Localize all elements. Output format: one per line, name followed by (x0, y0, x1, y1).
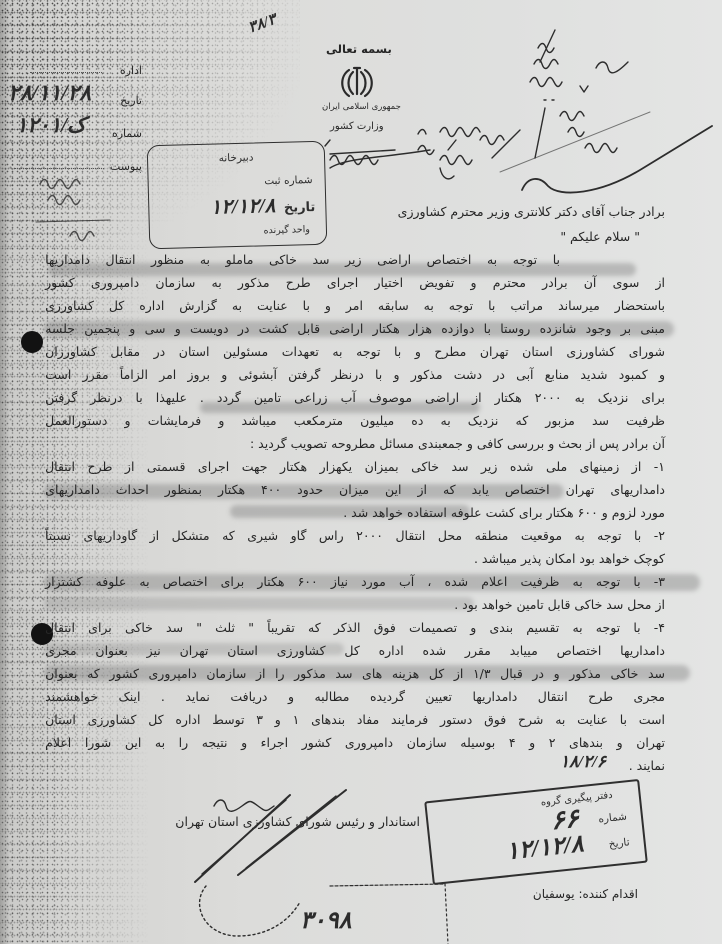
body-line: ظرفیتسدمزبورکهنزدیکبهدهمیلیونمترمکعبمیبا… (45, 411, 665, 431)
body-line: نمایند . (629, 756, 665, 776)
body-line: ۴-باتوجهبهتقسیمبندیوتصمیماتفوقالذکرکهتقر… (45, 618, 665, 638)
body-line: مجریطرحانتقالدامداریهاتعیینگردیدهمطالبهو… (45, 687, 665, 707)
toner-streak (44, 597, 474, 610)
ministry-name: وزارت کشور (330, 121, 384, 132)
stamp-number-label: شماره ثبت (264, 174, 313, 187)
registration-stamp: دبیرخانه شماره ثبت تاریخ ۱۲/۱۲/۸ واحد گی… (147, 141, 328, 250)
punch-hole (21, 331, 43, 353)
body-line: ۳-باتوجهبهظرفیتاعلامشده،آبموردنیاز۶۰۰هکت… (45, 572, 665, 592)
body-line: باتوجهبهاختصاصاراضیزیرسدخاکیماملوبهمنظور… (45, 250, 560, 270)
stamp-date-value: ۱۲/۱۲/۸ (505, 829, 585, 866)
body-line: سدخاکیمذکورودرقبال۱/۳ازکلهزینههایسدمذکور… (45, 664, 665, 684)
handwritten-closing-date: ۱۸/۲/۶ (560, 752, 606, 772)
office-label: اداره (120, 64, 142, 77)
body-line: براینزدیکبه۲۰۰۰هکتارازاراضیموصوفآبزراعیت… (45, 388, 665, 408)
number-value: ۱۲۰۱/ک (16, 113, 86, 138)
signatory-title: استاندار و رئیس شورای کشاورزی استان تهرا… (175, 812, 420, 832)
body-line: مورد لزوم و ۶۰۰ هکتار برای کشت علوفه است… (343, 503, 665, 523)
body-line: ۲-باتوجهبهموقعیتمنطقهمحلانتقال۲۰۰۰راسگاو… (45, 526, 665, 546)
greeting: " سلام علیکم " (560, 227, 640, 247)
body-line: ازسویآنبرادرمحترموتفویضاختیاراجرایطرحمذک… (45, 273, 665, 293)
date-value: ۲۸/۱۱/۲۸ (8, 80, 91, 106)
body-line: از محل سد خاکی قابل تامین خواهد بود . (454, 595, 665, 615)
handwritten-reference-number: ۳۰۹۸ (300, 906, 352, 935)
addressee: برادر جناب آقای دکتر کلانتری وزیر محترم … (398, 202, 665, 222)
country-name: جمهوری اسلامی ایران (322, 102, 401, 112)
office-stamp: دفتر پیگیری گروه شماره ۶۶ تاریخ ۱۲/۱۲/۸ (424, 779, 648, 885)
stamp-number-label: شماره (598, 810, 628, 825)
body-line: مبنیبروجودشانزدهروستابادوازدههزارهکتارار… (45, 319, 665, 339)
basmala: بسمه تعالی (326, 42, 392, 56)
attachment-label: پیوست (110, 160, 142, 173)
number-label: شماره (112, 127, 142, 140)
stamp-date-label: تاریخ (608, 836, 630, 850)
date-label: تاریخ (120, 94, 142, 107)
body-line: تهرانوبندهای۲و۴بوسیلهسازماندامپروریکشورا… (45, 733, 665, 753)
body-line: باستحضارمیرساندمراتبباتوجهبهسابقهامروباع… (45, 296, 665, 316)
stamp-title: دبیرخانه (148, 150, 324, 167)
body-line: استباعنایتبهشرحفوقدستورفرمایندمفادبندهای… (45, 710, 665, 730)
body-line: ۱-اززمینهایملیشدهزیرسدخاکیبمیزانیکهزارهک… (45, 457, 665, 477)
body-line: کوچک خواهد بود امکان پذیر میباشد . (474, 549, 665, 569)
body-line: شورایکشاورزیاستانتهرانمطرحوباتوجهبهتعهدا… (45, 342, 665, 362)
attachment-value-line (14, 168, 104, 169)
body-line: آن برادر پس از بحث و بررسی کافی و جمعبند… (250, 434, 665, 454)
body-line: دامداریهایتهراناختصاصیابدکهازاینمیزانحدو… (45, 480, 665, 500)
stamp-date-label: تاریخ (284, 200, 316, 216)
body-line: دامداریهااختصاصمییابدمقررشدهادارهکلکشاور… (45, 641, 665, 661)
scanned-letter-page: اداره تاریخ ۲۸/۱۱/۲۸ شماره ۱۲۰۱/ک پیوست … (0, 0, 722, 944)
iran-emblem-icon (337, 64, 377, 100)
stamp-date-value: ۱۲/۱۲/۸ (210, 193, 275, 220)
office-value-line (30, 72, 102, 73)
stamp-unit-label: واحد گیرنده (263, 224, 310, 236)
action-by: اقدام کننده: یوسفیان (533, 884, 638, 904)
body-line: وکمبودشدیدمنابعآبیدردشتمذکوروبادرنظرگرفت… (45, 365, 665, 385)
